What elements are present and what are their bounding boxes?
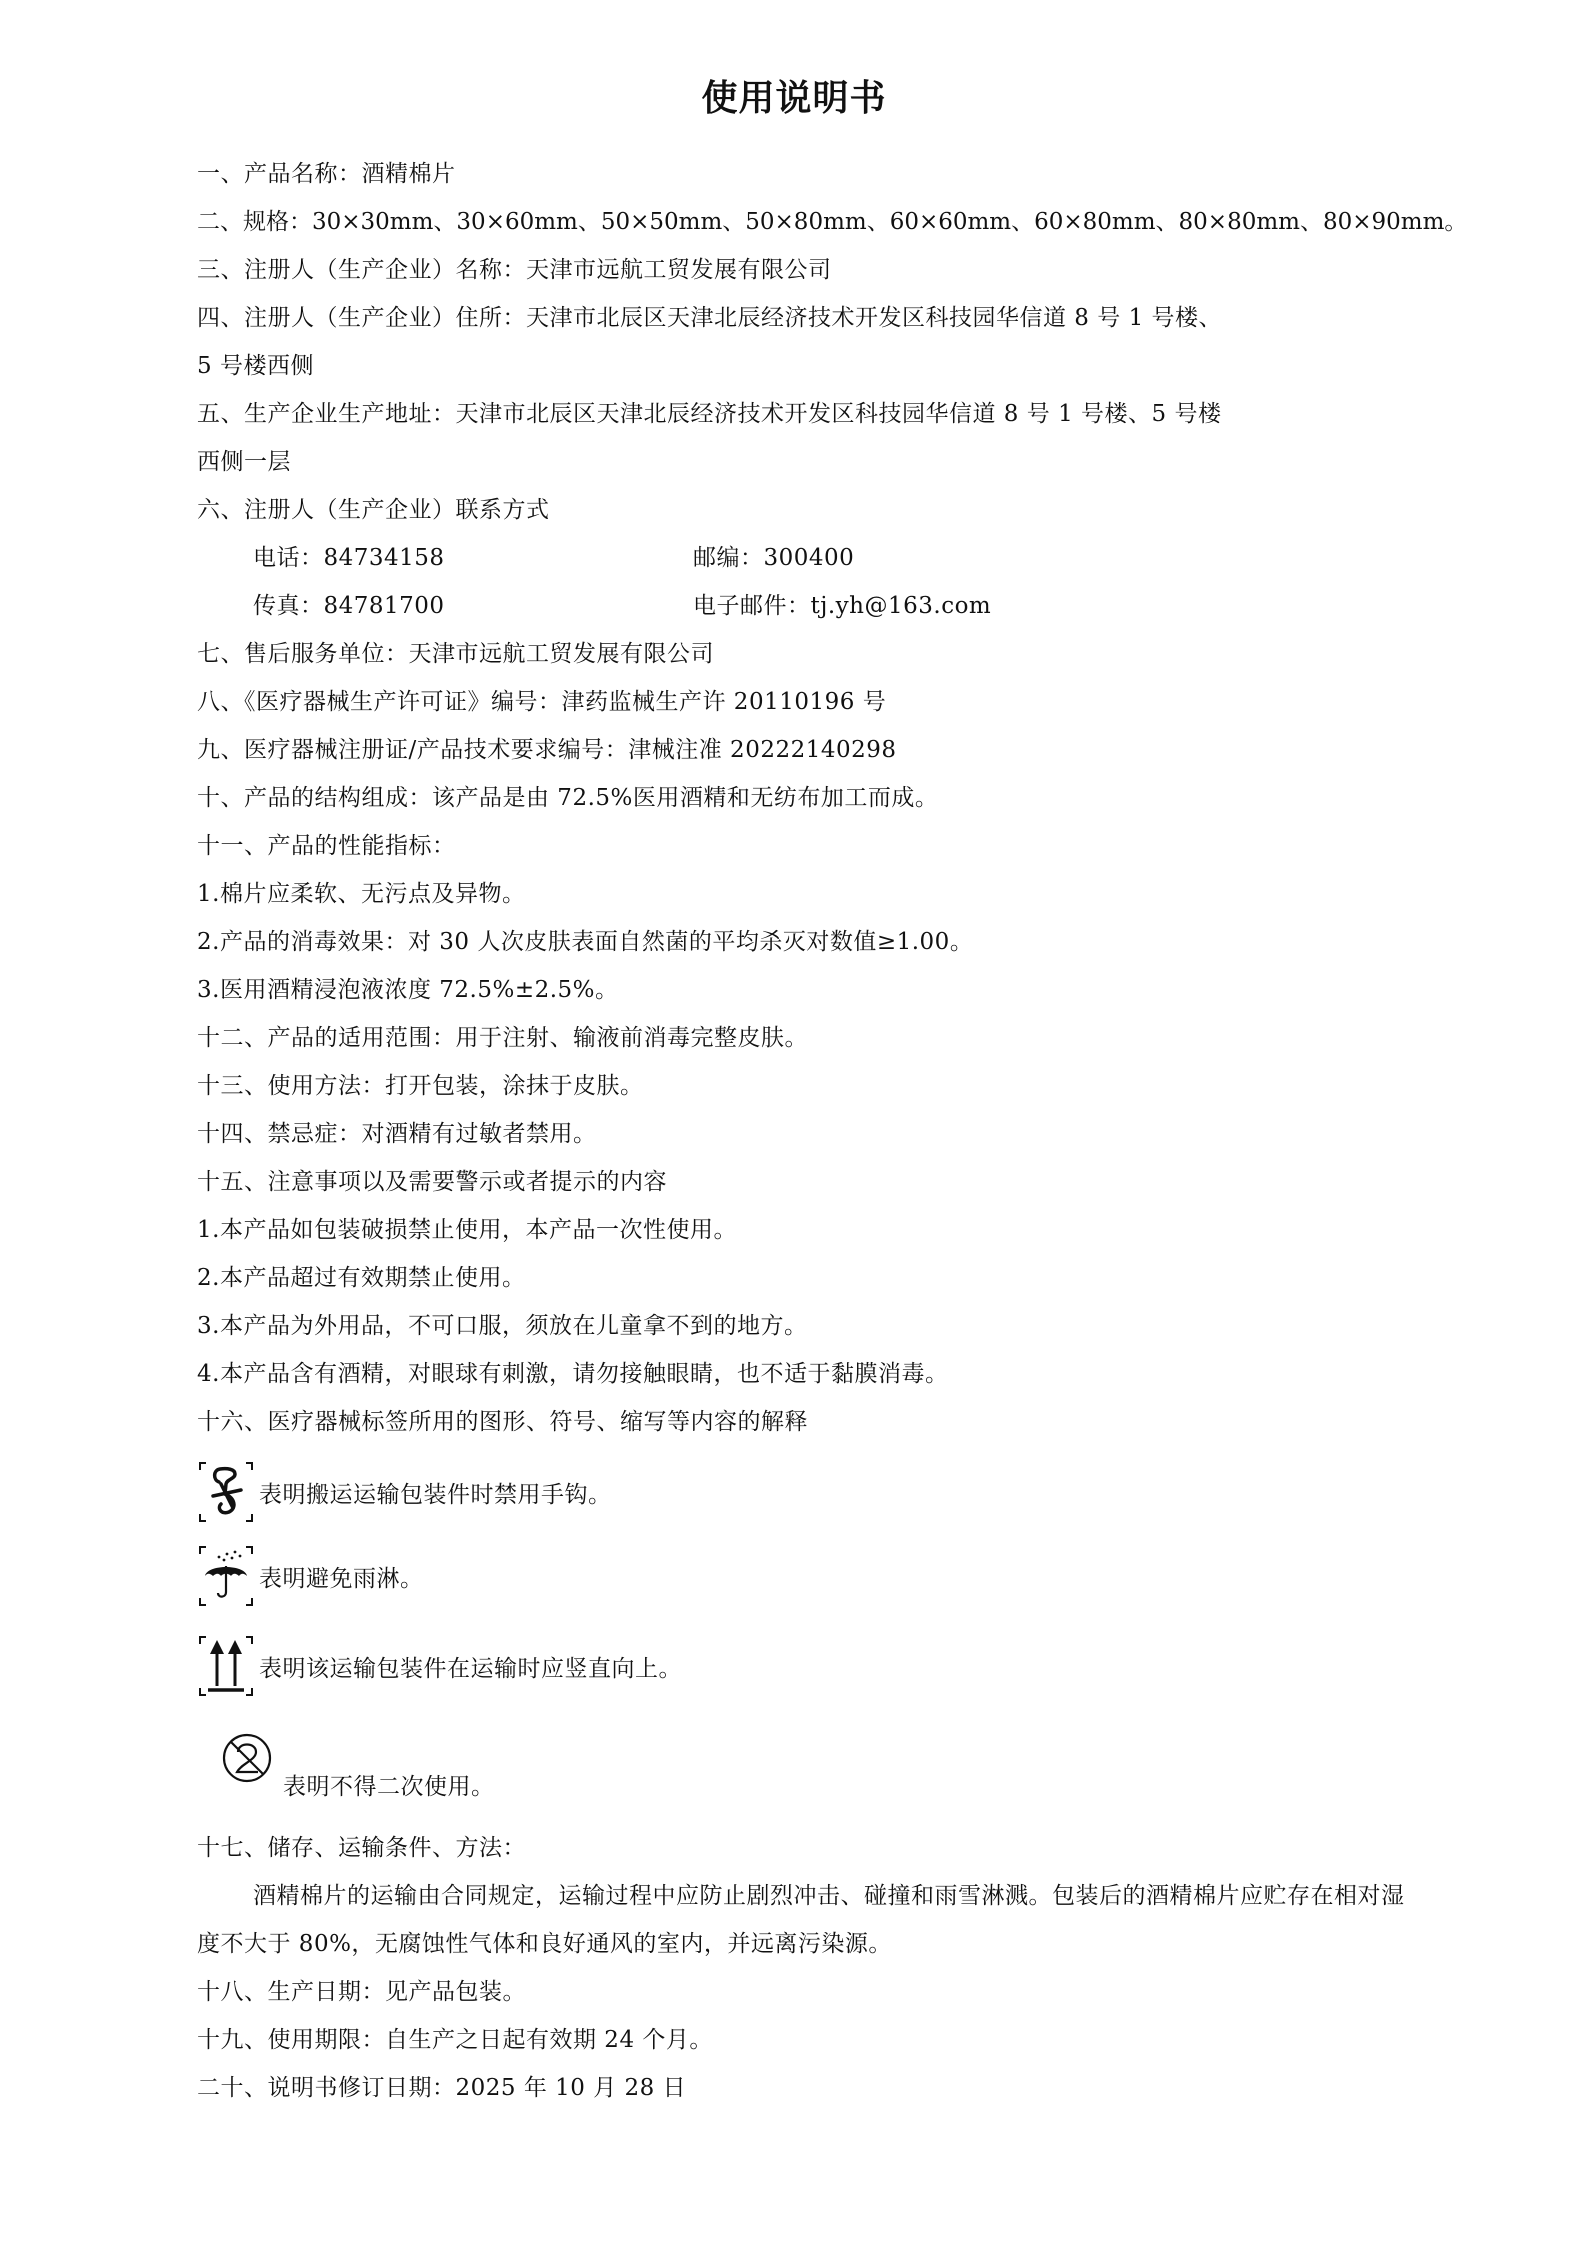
section-performance-heading: 十一、产品的性能指标： — [197, 822, 1407, 870]
section-production-license: 八、《医疗器械生产许可证》编号：津药监械生产许 20110196 号 — [197, 678, 1407, 726]
symbol-row-no-hooks: 表明搬运运输包装件时禁用手钩。 — [197, 1450, 1407, 1534]
symbol-description: 表明该运输包装件在运输时应竖直向上。 — [259, 1650, 682, 1683]
contact-fax: 传真：84781700 — [253, 582, 693, 630]
storage-paragraph: 酒精棉片的运输由合同规定，运输过程中应防止剧烈冲击、碰撞和雨雪淋溅。包装后的酒精… — [197, 1872, 1407, 1968]
page-title: 使用说明书 — [0, 70, 1588, 121]
contact-email: 电子邮件：tj.yh@163.com — [693, 582, 991, 630]
performance-item: 3.医用酒精浸泡液浓度 72.5%±2.5%。 — [197, 966, 1407, 1014]
section-structure: 十、产品的结构组成：该产品是由 72.5%医用酒精和无纺布加工而成。 — [197, 774, 1407, 822]
contact-row-2: 传真：84781700 电子邮件：tj.yh@163.com — [197, 582, 1407, 630]
section-registrant-name: 三、注册人（生产企业）名称：天津市远航工贸发展有限公司 — [197, 246, 1407, 294]
section-production-address-line1: 五、生产企业生产地址：天津市北辰区天津北辰经济技术开发区科技园华信道 8 号 1… — [197, 390, 1407, 438]
document-page: 使用说明书 一、产品名称：酒精棉片 二、规格：30×30mm、30×60mm、5… — [0, 0, 1588, 2244]
section-storage-heading: 十七、储存、运输条件、方法： — [197, 1824, 1407, 1872]
section-after-sales: 七、售后服务单位：天津市远航工贸发展有限公司 — [197, 630, 1407, 678]
do-not-reuse-icon — [221, 1732, 273, 1784]
contact-postcode: 邮编：300400 — [693, 534, 854, 582]
symbol-description: 表明不得二次使用。 — [283, 1768, 495, 1801]
section-product-name: 一、产品名称：酒精棉片 — [197, 150, 1407, 198]
contact-row-1: 电话：84734158 邮编：300400 — [197, 534, 1407, 582]
section-symbols-heading: 十六、医疗器械标签所用的图形、符号、缩写等内容的解释 — [197, 1398, 1407, 1446]
section-specifications: 二、规格：30×30mm、30×60mm、50×50mm、50×80mm、60×… — [197, 198, 1407, 246]
keep-dry-umbrella-icon — [197, 1544, 255, 1608]
performance-item: 2.产品的消毒效果：对 30 人次皮肤表面自然菌的平均杀灭对数值≥1.00。 — [197, 918, 1407, 966]
document-body: 一、产品名称：酒精棉片 二、规格：30×30mm、30×60mm、50×50mm… — [197, 150, 1407, 2112]
section-warnings-heading: 十五、注意事项以及需要警示或者提示的内容 — [197, 1158, 1407, 1206]
performance-item: 1.棉片应柔软、无污点及异物。 — [197, 870, 1407, 918]
this-way-up-arrows-icon — [197, 1634, 255, 1698]
section-registrant-address-line2: 5 号楼西侧 — [197, 342, 1407, 390]
symbol-description: 表明避免雨淋。 — [259, 1560, 424, 1593]
section-shelf-life: 十九、使用期限：自生产之日起有效期 24 个月。 — [197, 2016, 1407, 2064]
warning-item: 1.本产品如包装破损禁止使用，本产品一次性使用。 — [197, 1206, 1407, 1254]
symbol-row-keep-dry: 表明避免雨淋。 — [197, 1534, 1407, 1618]
no-hooks-icon — [197, 1460, 255, 1524]
symbol-row-this-way-up: 表明该运输包装件在运输时应竖直向上。 — [197, 1618, 1407, 1714]
section-registrant-address-line1: 四、注册人（生产企业）住所：天津市北辰区天津北辰经济技术开发区科技园华信道 8 … — [197, 294, 1407, 342]
section-contact-heading: 六、注册人（生产企业）联系方式 — [197, 486, 1407, 534]
contact-phone: 电话：84734158 — [253, 534, 693, 582]
section-scope: 十二、产品的适用范围：用于注射、输液前消毒完整皮肤。 — [197, 1014, 1407, 1062]
section-production-date: 十八、生产日期：见产品包装。 — [197, 1968, 1407, 2016]
section-usage: 十三、使用方法：打开包装，涂抹于皮肤。 — [197, 1062, 1407, 1110]
symbol-description: 表明搬运运输包装件时禁用手钩。 — [259, 1476, 612, 1509]
section-registration-number: 九、医疗器械注册证/产品技术要求编号：津械注准 20222140298 — [197, 726, 1407, 774]
warning-item: 3.本产品为外用品，不可口服，须放在儿童拿不到的地方。 — [197, 1302, 1407, 1350]
section-production-address-line2: 西侧一层 — [197, 438, 1407, 486]
warning-item: 2.本产品超过有效期禁止使用。 — [197, 1254, 1407, 1302]
section-contraindications: 十四、禁忌症：对酒精有过敏者禁用。 — [197, 1110, 1407, 1158]
warning-item: 4.本产品含有酒精，对眼球有刺激，请勿接触眼睛，也不适于黏膜消毒。 — [197, 1350, 1407, 1398]
symbol-row-do-not-reuse: 表明不得二次使用。 — [197, 1714, 1407, 1824]
section-revision-date: 二十、说明书修订日期：2025 年 10 月 28 日 — [197, 2064, 1407, 2112]
